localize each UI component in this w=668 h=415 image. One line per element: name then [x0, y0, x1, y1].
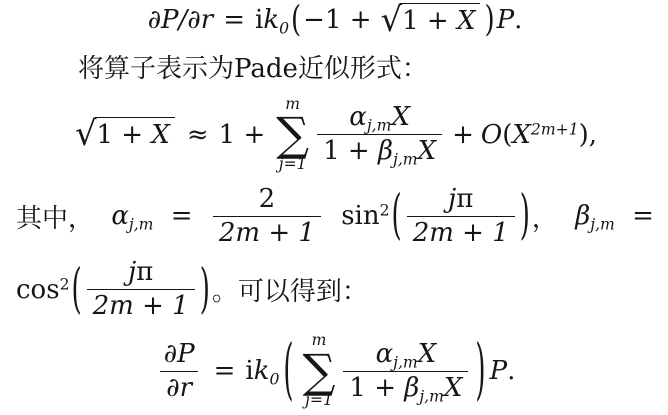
pi-symbol: π: [136, 257, 153, 287]
equation-1: ∂P/∂r = ik0 ( −1 + √ 1 + X ) P.: [16, 3, 654, 37]
jpi-over-2m1-fraction: jπ 2m + 1: [87, 258, 195, 321]
beta-coeff: β: [378, 136, 393, 166]
eq1-lhs: ∂P/∂r: [148, 5, 214, 35]
keyi-dedao-text: 。可以得到：: [212, 271, 368, 308]
alpha-coeff: α: [111, 201, 129, 231]
beta-subscript: j,m: [419, 387, 444, 405]
equation-2: √ 1 + X ≈ 1 + m ∑ j=1 αj,mX 1 + βj,mX + …: [16, 95, 654, 175]
imaginary-unit: i: [245, 356, 253, 386]
equation-3: ∂P ∂r = ik0 ( m ∑ j=1 αj,mX 1 + βj,mX ) …: [16, 331, 654, 411]
alpha-coeff: α: [349, 102, 367, 132]
pi-symbol: π: [456, 184, 473, 214]
fraction-numerator: ∂P: [158, 340, 201, 371]
radicand: 1 + X: [400, 3, 480, 36]
fraction-denominator: ∂r: [160, 371, 198, 403]
radicand-one-plus: 1 +: [97, 120, 152, 150]
variable-x: X: [418, 136, 437, 166]
pressure-P: P: [497, 5, 515, 35]
alpha-coeff: α: [376, 339, 394, 369]
fraction-denominator: 2m + 1: [407, 216, 515, 248]
fraction-numerator: 2: [253, 185, 282, 216]
equals-sign: =: [171, 201, 193, 231]
fraction-numerator: jπ: [442, 185, 479, 216]
period: .: [507, 356, 515, 386]
open-paren: (: [392, 185, 402, 247]
pade-fraction: αj,mX 1 + βj,mX: [317, 103, 442, 166]
alpha-subscript: j,m: [367, 116, 392, 134]
plus-sign: +: [452, 120, 474, 150]
radical-sign: √: [75, 117, 97, 151]
eq3-ik0: ik0: [245, 356, 279, 386]
close-paren: ): [484, 0, 494, 40]
open-paren: (: [71, 259, 81, 321]
radicand-one-plus: 1 +: [402, 6, 457, 36]
wavenumber-k: k: [263, 5, 279, 35]
paragraph-coefficients-line2: cos2 ( jπ 2m + 1 ) 。可以得到：: [16, 258, 654, 321]
one-plus: 1 +: [349, 373, 404, 403]
fraction-denominator: 1 + βj,mX: [343, 371, 468, 403]
alpha-subscript: j,m: [393, 353, 418, 371]
sigma-symbol: ∑: [303, 351, 336, 391]
square-root: √ 1 + X: [75, 117, 175, 151]
variable-x: X: [391, 102, 410, 132]
beta-coeff: β: [404, 373, 419, 403]
cos-label: cos: [16, 275, 60, 305]
one-plus: 1 +: [219, 120, 266, 150]
index-j: j: [448, 184, 456, 214]
equals-sign: =: [214, 356, 236, 386]
big-o-term: O(X2m+1),: [481, 120, 597, 150]
two-over-2m1-fraction: 2 2m + 1: [213, 185, 321, 248]
approx-sign: ≈: [187, 120, 209, 150]
jpi-over-2m1-fraction: jπ 2m + 1: [407, 185, 515, 248]
k-subscript: 0: [279, 20, 289, 38]
beta-subscript: j,m: [590, 216, 615, 234]
paper-page: ∂P/∂r = ik0 ( −1 + √ 1 + X ) P. 将算子表示为Pa…: [0, 0, 668, 415]
cjk-comma: ，: [532, 198, 558, 235]
radicand: 1 + X: [95, 117, 175, 150]
sin-function: sin2: [341, 201, 389, 231]
period: .: [514, 5, 522, 35]
variable-x: X: [418, 339, 437, 369]
close-paren: ): [579, 120, 589, 150]
fraction-numerator: αj,mX: [343, 103, 416, 134]
radical-sign: √: [381, 3, 403, 37]
qizhong-label: 其中，: [16, 198, 94, 235]
squared-exponent: 2: [380, 202, 390, 220]
wavenumber-k: k: [254, 356, 270, 386]
square-root: √ 1 + X: [381, 3, 481, 37]
close-paren: ): [200, 259, 210, 321]
variable-x: X: [444, 373, 463, 403]
partial-derivative-fraction: ∂P ∂r: [158, 340, 201, 403]
para1-pre: 将算子表示为: [78, 54, 234, 84]
fraction-denominator: 2m + 1: [213, 216, 321, 248]
close-paren: ): [520, 185, 530, 247]
para1-latin-pade: Pade: [234, 54, 298, 84]
index-j: j: [128, 257, 136, 287]
alpha-jm: αj,m: [111, 201, 153, 231]
one-plus: 1 +: [323, 136, 378, 166]
alpha-subscript: j,m: [129, 216, 154, 234]
beta-coeff: β: [575, 201, 590, 231]
fraction-numerator: jπ: [122, 258, 159, 289]
pressure-P: P: [490, 356, 508, 386]
k-subscript: 0: [269, 371, 279, 389]
variable-x: X: [151, 120, 170, 150]
paragraph-pade-intro: 将算子表示为Pade近似形式：: [16, 48, 654, 85]
sum-lower-limit: j=1: [305, 391, 333, 411]
fraction-denominator: 1 + βj,mX: [317, 134, 442, 166]
sin-squared-term: sin2 ( jπ 2m + 1 ) ，: [341, 185, 558, 248]
summation: m ∑ j=1: [303, 331, 336, 411]
sum-lower-limit: j=1: [279, 155, 307, 175]
variable-x: X: [512, 120, 531, 150]
paragraph-coefficients-line1: 其中， αj,m = 2 2m + 1 sin2 ( jπ 2m + 1 ) ，…: [16, 185, 654, 248]
close-paren: ): [475, 333, 485, 410]
eq1-tail: P.: [497, 5, 523, 35]
sin-label: sin: [341, 201, 379, 231]
open-paren: (: [283, 333, 293, 410]
fraction-denominator: 2m + 1: [87, 289, 195, 321]
variable-x: X: [457, 6, 476, 36]
eq1-ik0: ik0: [255, 5, 289, 35]
open-paren: (: [291, 0, 301, 40]
sigma-symbol: ∑: [276, 114, 309, 154]
eq3-tail: P.: [490, 356, 516, 386]
equals-sign: =: [632, 201, 654, 231]
open-paren: (: [502, 120, 512, 150]
comma: ,: [589, 120, 597, 150]
exponent-2m-plus-1: 2m+1: [531, 120, 579, 138]
para1-post: 近似形式：: [298, 54, 428, 84]
pade-fraction: αj,mX 1 + βj,mX: [343, 340, 468, 403]
summation: m ∑ j=1: [276, 95, 309, 175]
cos-function: cos2: [16, 275, 69, 305]
squared-exponent: 2: [60, 275, 70, 293]
fraction-numerator: αj,mX: [370, 340, 443, 371]
beta-subscript: j,m: [393, 151, 418, 169]
beta-jm: βj,m: [575, 201, 615, 231]
big-o: O: [481, 120, 502, 150]
minus-one-plus: −1 +: [303, 5, 371, 35]
equals-sign: =: [223, 5, 245, 35]
